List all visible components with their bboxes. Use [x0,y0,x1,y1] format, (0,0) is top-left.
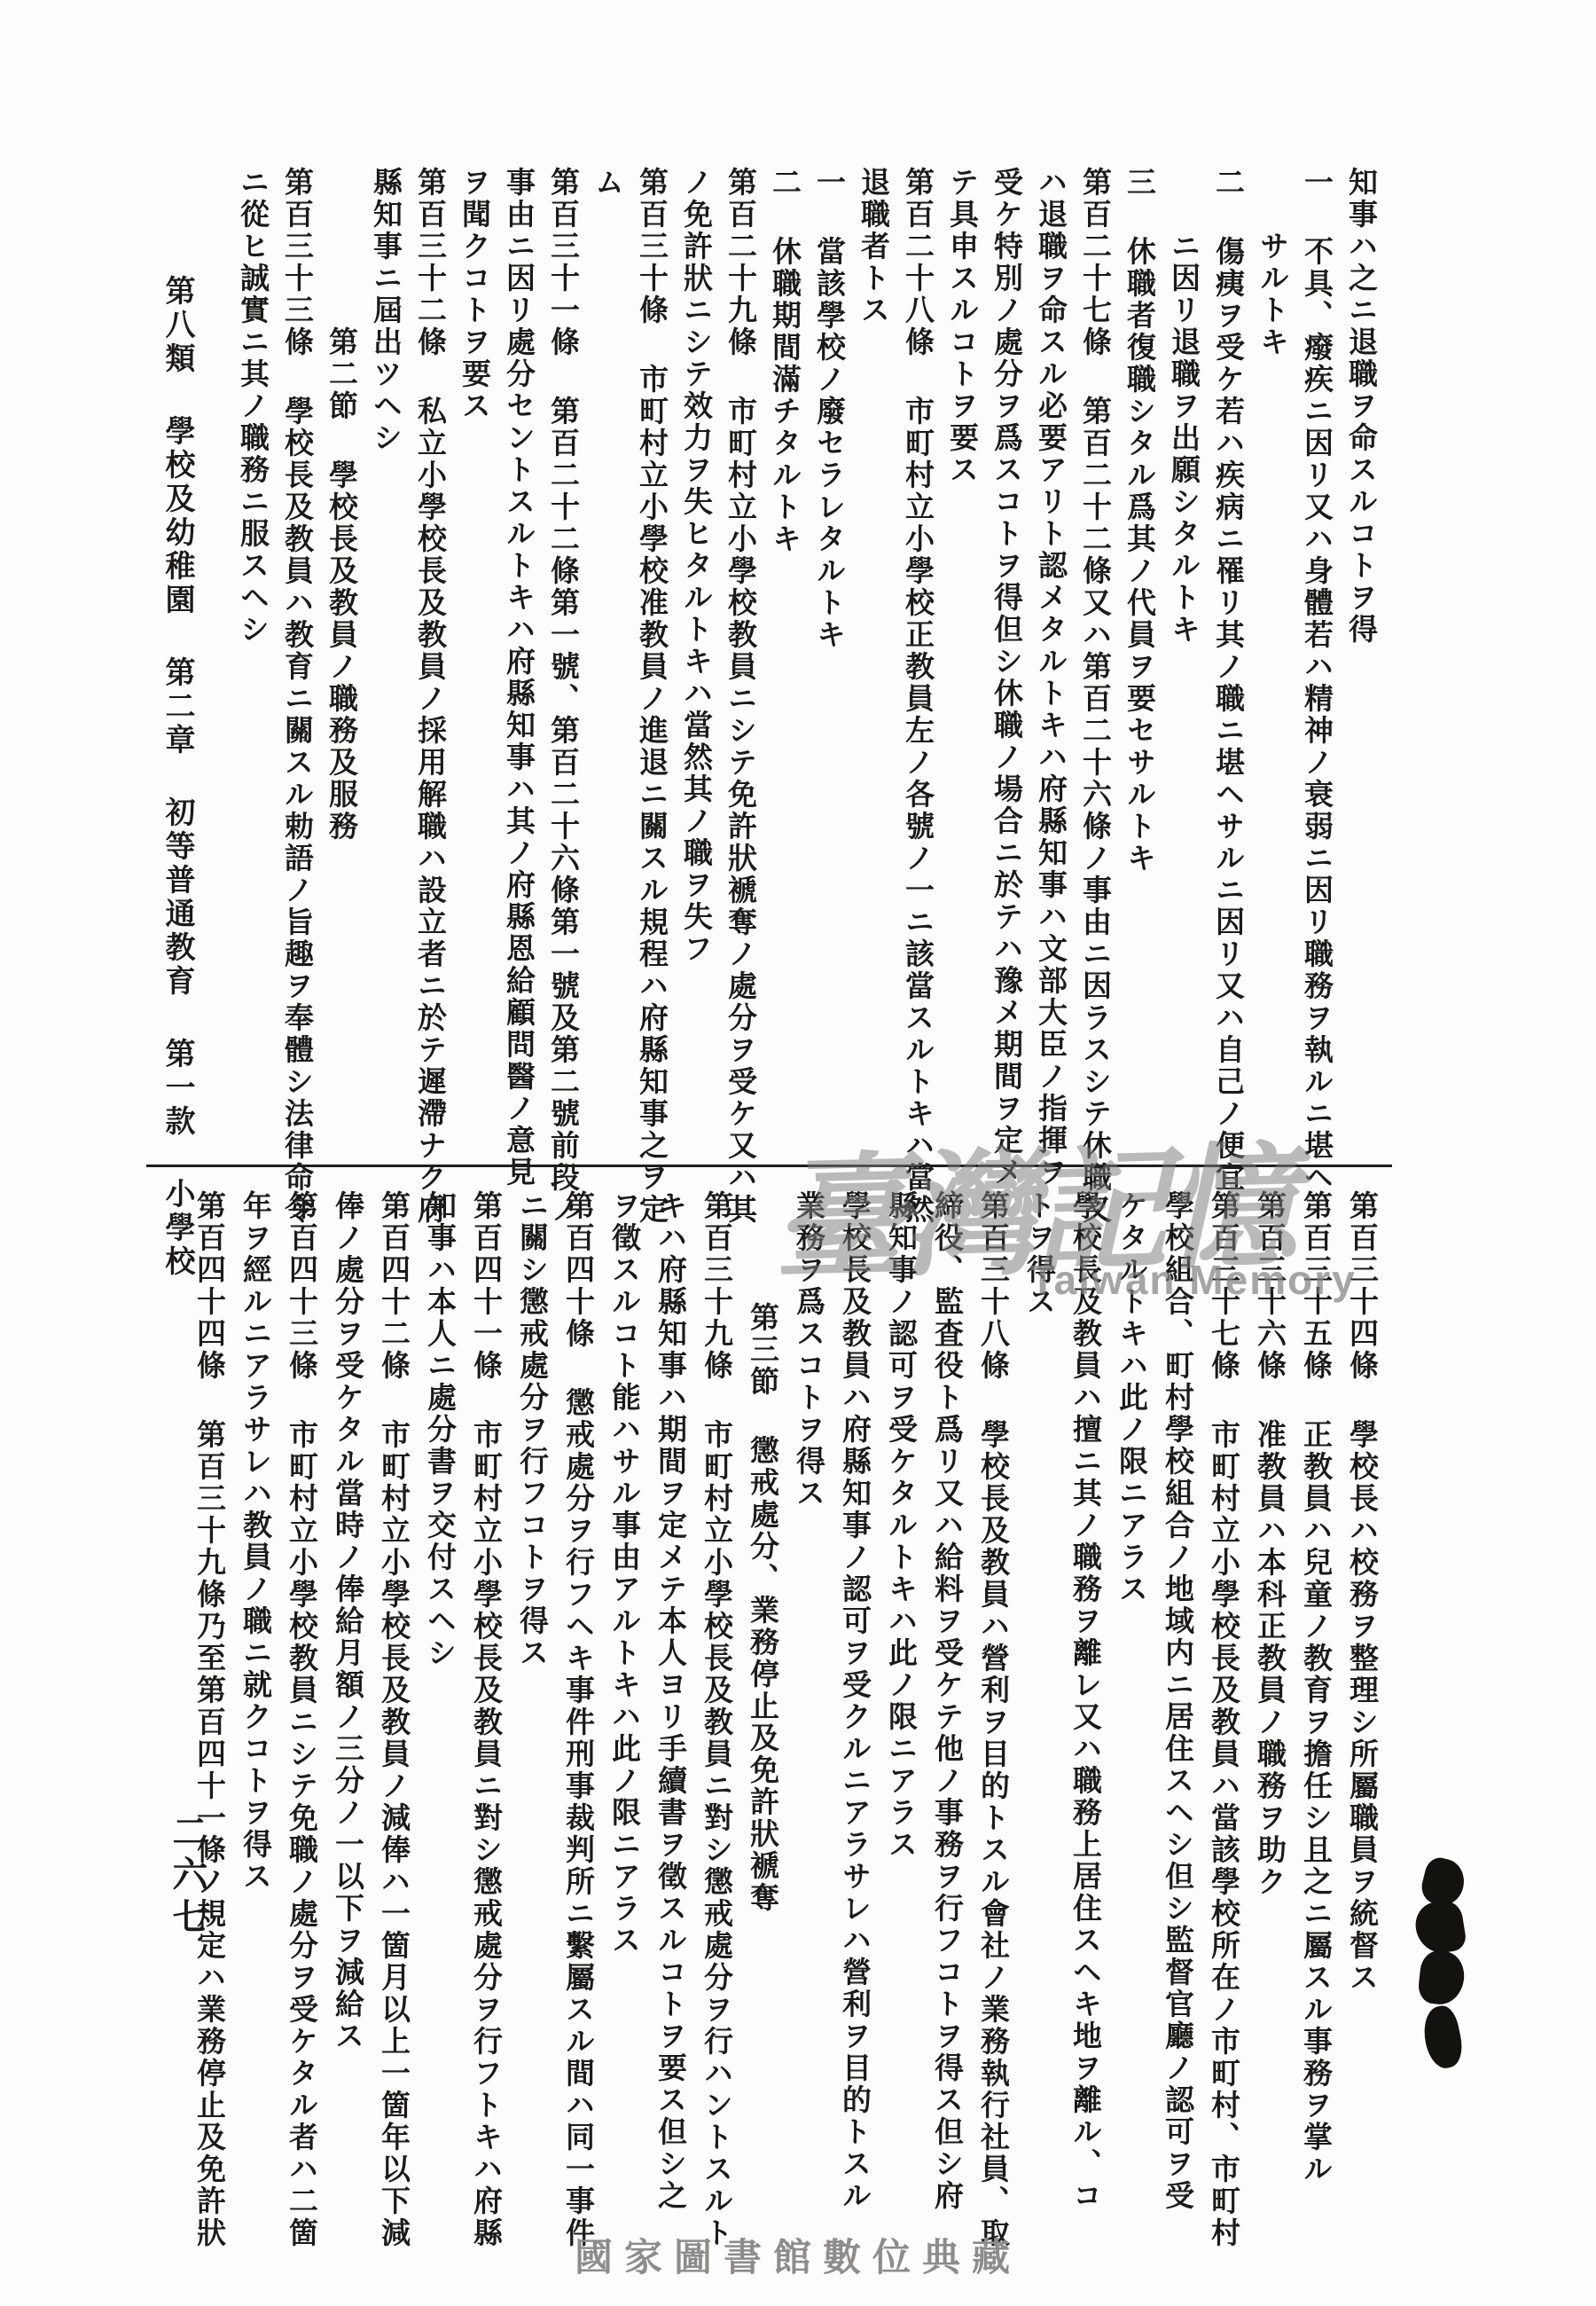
ink-blob [1419,2004,1467,2072]
ink-stamp [1416,1859,1471,2072]
text-column: 俸ノ處分ヲ受ケタル當時ノ俸給月額ノ三分ノ一以下ヲ減給ス [325,1190,371,2228]
text-column: 學校長及教員ハ擅ニ其ノ職務ヲ離レ又ハ職務上居住スヘキ地ヲ離ル、コ [1062,1190,1108,2228]
text-column: ニ因リ退職ヲ出願シタルトキ [1162,167,1206,1178]
text-column: 締役、監査役ト爲リ又ハ給料ヲ受ケテ他ノ事務ヲ行フコトヲ得ス但シ府 [924,1190,970,2228]
text-column: 學校組合、町村學校組合ノ地域内ニ居住スヘシ但シ監督官廳ノ認可ヲ受 [1154,1190,1201,2228]
text-column: 三 休職者復職シタル爲其ノ代員ヲ要セサルトキ [1117,167,1162,1178]
text-column: 第百三十五條 正教員ハ兒童ノ教育ヲ擔任シ且之ニ屬スル事務ヲ掌ル [1293,1190,1339,2228]
text-column: ニ關シ懲戒處分ヲ行フコトヲ得ス [509,1190,555,2228]
text-column: 第百三十八條 學校長及教員ハ營利ヲ目的トスル會社ノ業務執行社員、取 [970,1190,1016,2228]
text-column: 第百四十一條 市町村立小學校長及教員ニ對シ懲戒處分ヲ行フトキハ府縣 [463,1190,509,2228]
text-column: 一 不具、癈疾ニ因リ又ハ身體若ハ精神ノ衰弱ニ因リ職務ヲ執ルニ堪ヘ [1295,167,1339,1178]
lower-text-block: 第百三十四條 學校長ハ校務ヲ整理シ所屬職員ヲ統督ス第百三十五條 正教員ハ兒童ノ教… [186,1190,1385,2228]
ink-blob [1417,1949,1467,2007]
text-column: 一 當該學校ノ廢セラレタルトキ [807,167,851,1178]
text-column: 業務ヲ爲スコトヲ得ス [786,1190,832,2228]
ink-blob [1412,1898,1467,1957]
text-column: 事由ニ因リ處分セントスルトキハ府縣知事ハ其ノ府縣恩給顧問醫ノ意見 [497,167,541,1178]
page-number: 二六七 [162,1813,213,1990]
text-column: サルトキ [1250,167,1295,1178]
upper-text-block: 知事ハ之ニ退職ヲ命スルコトヲ得一 不具、癈疾ニ因リ又ハ身體若ハ精神ノ衰弱ニ因リ職… [231,167,1383,1178]
text-column: 知事ハ之ニ退職ヲ命スルコトヲ得 [1339,167,1383,1178]
text-column: トヲ得ス [1016,1190,1062,2228]
text-column: ノ免許狀ニシテ效力ヲ失ヒタルトキハ當然其ノ職ヲ失フ [674,167,718,1178]
text-column: 第百三十六條 准教員ハ本科正教員ノ職務ヲ助ク [1247,1190,1293,2228]
text-column: 縣知事ニ屆出ツヘシ [364,167,408,1178]
text-column: 第百四十四條 第百三十九條乃至第百四十一條ノ規定ハ業務停止及免許狀 [186,1190,232,2228]
text-column: キハ府縣知事ハ期間ヲ定メテ本人ヨリ手續書ヲ徵スルコトヲ要ス但シ之 [647,1190,693,2228]
text-column: 第百四十三條 市町村立小學校教員ニシテ免職ノ處分ヲ受ケタル者ハ二箇 [278,1190,325,2228]
text-column: 第百四十二條 市町村立小學校長及教員ノ減俸ハ一箇月以上一箇年以下減 [371,1190,417,2228]
text-column: ヲ聞クコトヲ要ス [452,167,497,1178]
text-column: 縣知事ノ認可ヲ受ケタルトキハ此ノ限ニアラス [878,1190,924,2228]
scanned-document-page: 知事ハ之ニ退職ヲ命スルコトヲ得一 不具、癈疾ニ因リ又ハ身體若ハ精神ノ衰弱ニ因リ職… [0,0,1596,2306]
text-column: 第百三十九條 市町村立小學校長及教員ニ對シ懲戒處分ヲ行ハントスルト [693,1190,739,2228]
text-column: 年ヲ經ルニアラサレハ教員ノ職ニ就クコトヲ得ス [232,1190,278,2228]
text-column: 退職者トス [851,167,896,1178]
text-column: 受ケ特別ノ處分ヲ爲スコトヲ得但シ休職ノ場合ニ於テハ豫メ期間ヲ定メ [984,167,1029,1178]
text-column: 第百三十條 市町村立小學校准教員ノ進退ニ關スル規程ハ府縣知事之ヲ定 [630,167,674,1178]
text-column: ケタルトキハ此ノ限ニアラス [1108,1190,1154,2228]
text-column: 第百二十七條 第百二十二條又ハ第百二十六條ノ事由ニ因ラスシテ休職又 [1073,167,1117,1178]
text-column: 第三節 懲戒處分、業務停止及免許狀褫奪 [739,1190,786,2228]
text-column: 第百三十四條 學校長ハ校務ヲ整理シ所屬職員ヲ統督ス [1339,1190,1385,2228]
text-column: 第百三十七條 市町村立小學校長及教員ハ當該學校所在ノ市町村、市町村 [1201,1190,1247,2228]
text-column: 第百三十一條 第百二十二條第一號、第百二十六條第一號及第二號前段ノ [541,167,585,1178]
text-column: ヲ徵スルコト能ハサル事由アルトキハ此ノ限ニアラス [601,1190,647,2228]
footer-archive-stamp: 國家圖書館數位典藏 [575,2228,1021,2282]
text-column: ハ退職ヲ命スル必要アリト認メタルトキハ府縣知事ハ文部大臣ノ指揮ヲ [1029,167,1073,1178]
text-column: 第百三十二條 私立小學校長及教員ノ採用解職ハ設立者ニ於テ遲滯ナク府 [408,167,452,1178]
text-column: ニ從ヒ誠實ニ其ノ職務ニ服スヘシ [231,167,275,1178]
text-column: 第百二十八條 市町村立小學校正教員左ノ各號ノ一ニ該當スルトキハ當然 [896,167,940,1178]
text-column: 二 休職期間滿チタルトキ [763,167,807,1178]
text-column: 第百二十九條 市町村立小學校教員ニシテ免許狀褫奪ノ處分ヲ受ケ又ハ其 [718,167,763,1178]
text-column: 學校長及教員ハ府縣知事ノ認可ヲ受クルニアラサレハ營利ヲ目的トスル [832,1190,878,2228]
text-column: 第二節 學校長及教員ノ職務及服務 [319,167,364,1178]
text-column: ム [585,167,630,1178]
text-column: テ具申スルコトヲ要ス [940,167,984,1178]
text-column: 第百四十條 懲戒處分ヲ行フヘキ事件刑事裁判所ニ繫屬スル間ハ同一事件 [555,1190,601,2228]
side-classification-header: 第八類 學校及幼稚園 第二章 初等普通教育 第一款 小學校 [156,275,199,1162]
taiwan-memory-watermark-latin: Taiwan Memory [1030,1256,1357,1304]
text-column: 二 傷痍ヲ受ケ若ハ疾病ニ罹リ其ノ職ニ堪ヘサルニ因リ又ハ自己ノ便宜 [1206,167,1250,1178]
text-column: 第百三十三條 學校長及教員ハ教育ニ關スル勅語ノ旨趣ヲ奉體シ法律命令 [275,167,319,1178]
text-column: 知事ハ本人ニ處分書ヲ交付スヘシ [417,1190,463,2228]
